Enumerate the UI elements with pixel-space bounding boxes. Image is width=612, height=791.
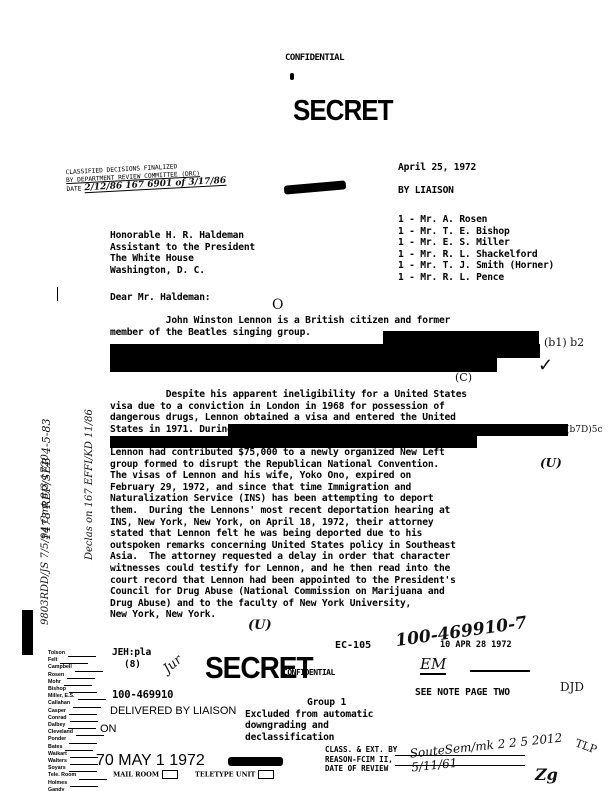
routing-item: Bates: [48, 744, 107, 751]
body-line: Despite his apparent ineligibility for a…: [110, 389, 467, 401]
margin-note-2: Declas on 167 EFFI/KD 11/86: [84, 409, 95, 560]
classification-block: CLASS. & EXT. BY REASON-FCIM II, DATE OF…: [325, 745, 397, 774]
margin-tick: [57, 287, 58, 301]
routing-item: Felt: [48, 657, 107, 664]
margin-note-3: 9803RDD/JS 7/5/94 Cmt 8/3 1720: [40, 454, 51, 625]
mail-room: MAIL ROOM: [113, 770, 178, 779]
body-line: group formed to disrupt the Republican N…: [110, 459, 467, 471]
routing-item: Miller, E.S.: [48, 693, 107, 700]
class-line: CLASS. & EXT. BY: [325, 745, 397, 755]
body-line: outspoken remarks concerning United Stat…: [110, 540, 467, 552]
underline: [395, 765, 525, 766]
redaction: [383, 331, 539, 344]
letter-date: April 25, 1972: [398, 162, 476, 174]
routing-item: Gandy: [48, 787, 107, 791]
routing-item: Callahan: [48, 700, 107, 707]
routing-item: Campbell: [48, 664, 107, 671]
address-line: Washington, D. C.: [110, 265, 255, 277]
delivered-on: ON: [100, 723, 117, 735]
routing-item: Tolson: [48, 650, 107, 657]
mail-room-checkbox[interactable]: [162, 770, 178, 779]
classification-u-1: (U): [540, 456, 562, 470]
group-block: Group 1 Excluded from automatic downgrad…: [245, 697, 373, 743]
redaction: [110, 344, 540, 358]
classification-c: (C): [455, 371, 472, 384]
routing-item: Rosen: [48, 672, 107, 679]
body-line: February 29, 1972, and since that time I…: [110, 482, 467, 494]
redaction: [228, 424, 568, 436]
group-title: Group 1: [245, 697, 373, 709]
check-mark: ✓: [538, 355, 553, 376]
body-line: Drug Abuse) and to the faculty of New Yo…: [110, 598, 467, 610]
confidential-stamp: CONFIDENTIAL: [283, 668, 335, 677]
body-line: them. During the Lennons' most recent de…: [110, 505, 467, 517]
typist-initials: JEH:pla: [112, 647, 151, 659]
group-line: downgrading and: [245, 720, 373, 732]
exemption-b1-b2: (b1) b2: [544, 336, 584, 349]
redaction: [110, 436, 477, 448]
body-line: Lennon had contributed $75,000 to a newl…: [110, 447, 467, 459]
received-stamp: 10 APR 28 1972: [440, 640, 512, 650]
address-line: The White House: [110, 253, 255, 265]
class-line: DATE OF REVIEW: [325, 764, 397, 774]
body-line: INS, New York, New York, on April 18, 19…: [110, 517, 467, 529]
class-line: REASON-FCIM II,: [325, 755, 397, 765]
teletype-checkbox[interactable]: [258, 770, 274, 779]
top-classification: CONFIDENTIAL: [285, 53, 344, 63]
body-line: Council for Drug Abuse (National Commiss…: [110, 586, 467, 598]
body-line: court record that Lennon had been appoin…: [110, 575, 467, 587]
routing-item: Mohr: [48, 679, 107, 686]
delivery-method: BY LIAISON: [398, 185, 454, 197]
routing-item: Holmes: [48, 780, 107, 787]
teletype-label: TELETYPE UNIT: [195, 771, 255, 779]
underline: [470, 670, 530, 672]
cc-item: 1 - Mr. E. S. Miller: [398, 237, 554, 249]
drc-date-label: DATE: [66, 185, 81, 194]
djd-initials: DJD: [560, 680, 584, 694]
mail-date-stamp: 70 MAY 1 1972: [96, 752, 205, 770]
ec-stamp: EC-105: [335, 640, 371, 651]
em-initials: EM: [420, 655, 446, 675]
cc-item: 1 - Mr. A. Rosen: [398, 214, 554, 226]
mail-room-label: MAIL ROOM: [113, 771, 159, 779]
exemption-b7d: (b7D)5c: [566, 425, 603, 435]
body-line: Asia. The attorney requested a delay in …: [110, 551, 467, 563]
redacted-stamp: [284, 180, 347, 194]
file-number: 100-469910: [112, 690, 173, 702]
body-line: stated that Lennon felt he was being dep…: [110, 528, 467, 540]
redacted-stamp: [228, 757, 283, 766]
cc-list: 1 - Mr. A. Rosen 1 - Mr. T. E. Bishop 1 …: [398, 214, 554, 284]
address-line: Honorable H. R. Haldeman: [110, 230, 255, 242]
routing-item: Bishop: [48, 686, 107, 693]
cc-item: 1 - Mr. R. L. Shackelford: [398, 249, 554, 261]
ink-dot: [290, 73, 294, 80]
body-line: witnesses could testify for Lennon, and …: [110, 563, 467, 575]
routing-item: Conrad: [48, 715, 107, 722]
circle-mark: O: [272, 297, 283, 313]
drc-stamp: CLASSIFIED DECISIONS FINALIZED BY DEPART…: [65, 161, 226, 194]
body-line: John Winston Lennon is a British citizen…: [110, 315, 450, 327]
underline: [395, 755, 525, 756]
routing-item: Ponder: [48, 736, 107, 743]
group-line: Excluded from automatic: [245, 709, 373, 721]
signature-mark: Jur: [160, 652, 185, 676]
address-line: Assistant to the President: [110, 242, 255, 254]
copy-count: (8): [124, 659, 141, 671]
body-line: Naturalization Service (INS) has been at…: [110, 493, 467, 505]
margin-redaction: [22, 610, 33, 655]
group-line: declassification: [245, 732, 373, 744]
routing-item: Cleveland: [48, 729, 107, 736]
routing-item: Dalbey: [48, 722, 107, 729]
initials-mark: Zg: [535, 765, 558, 784]
routing-item: Casper: [48, 708, 107, 715]
secret-stamp-top: SECRET: [293, 93, 392, 127]
body-line: The visas of Lennon and his wife, Yoko O…: [110, 470, 467, 482]
cc-item: 1 - Mr. T. J. Smith (Horner): [398, 260, 554, 272]
cc-item: 1 - Mr. T. E. Bishop: [398, 226, 554, 238]
classification-u-2: (U): [248, 618, 272, 633]
cc-item: 1 - Mr. R. L. Pence: [398, 272, 554, 284]
routing-item: Tele. Room: [48, 772, 107, 779]
salutation: Dear Mr. Haldeman:: [110, 292, 210, 304]
body-line: dangerous drugs, Lennon obtained a visa …: [110, 412, 467, 424]
redaction: [110, 358, 497, 372]
body-line: visa due to a conviction in London in 19…: [110, 401, 467, 413]
address-block: Honorable H. R. Haldeman Assistant to th…: [110, 230, 255, 276]
body-line: New York, New York.: [110, 609, 467, 621]
delivered-by-stamp: DELIVERED BY LIAISON: [110, 705, 236, 717]
see-note: SEE NOTE PAGE TWO: [415, 687, 510, 699]
teletype-unit: TELETYPE UNIT: [195, 770, 274, 779]
